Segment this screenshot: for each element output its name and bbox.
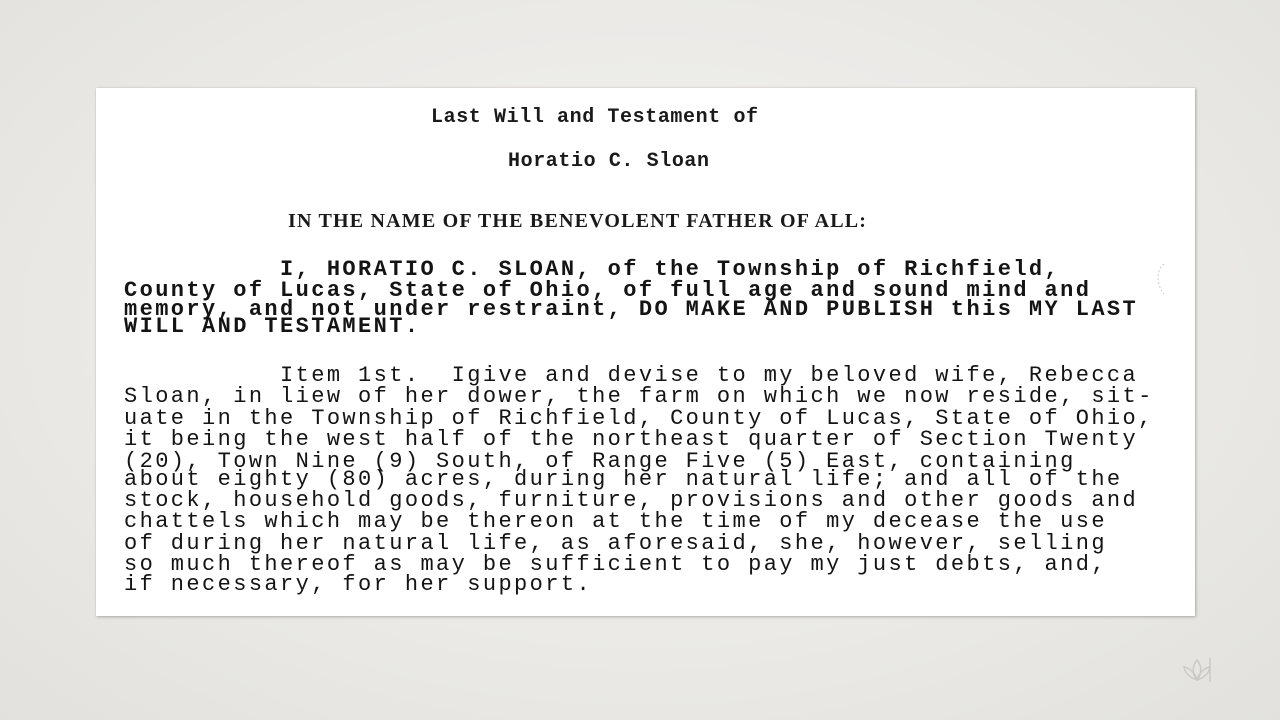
paragraph-2-line: uate in the Township of Richfield, Count… — [124, 408, 1154, 429]
presentation-slide: Last Will and Testament of Horatio C. Sl… — [0, 0, 1280, 720]
paragraph-2-line: stock, household goods, furniture, provi… — [124, 490, 1138, 511]
invocation-heading: IN THE NAME OF THE BENEVOLENT FATHER OF … — [288, 210, 867, 233]
lotus-logo-icon — [1180, 652, 1214, 686]
paragraph-2-line: chattels which may be thereon at the tim… — [124, 511, 1107, 532]
paragraph-2-line: Sloan, in liew of her dower, the farm on… — [124, 386, 1154, 407]
paragraph-2-line: of during her natural life, as aforesaid… — [124, 533, 1107, 554]
paragraph-2-line: Item 1st. Igive and devise to my beloved… — [124, 365, 1138, 386]
paragraph-2-line: about eighty (80) acres, during her natu… — [124, 469, 1123, 490]
paragraph-1-line: I, HORATIO C. SLOAN, of the Township of … — [124, 260, 1060, 280]
document-title-line-1: Last Will and Testament of — [431, 106, 759, 129]
paragraph-1-line: WILL AND TESTAMENT. — [124, 317, 420, 337]
document-title-line-2: Horatio C. Sloan — [508, 150, 710, 173]
paragraph-2-line: if necessary, for her support. — [124, 574, 592, 595]
page-scan-mark-icon — [1150, 262, 1170, 296]
paragraph-2-line: it being the west half of the northeast … — [124, 429, 1138, 450]
will-document-page: Last Will and Testament of Horatio C. Sl… — [96, 88, 1195, 616]
